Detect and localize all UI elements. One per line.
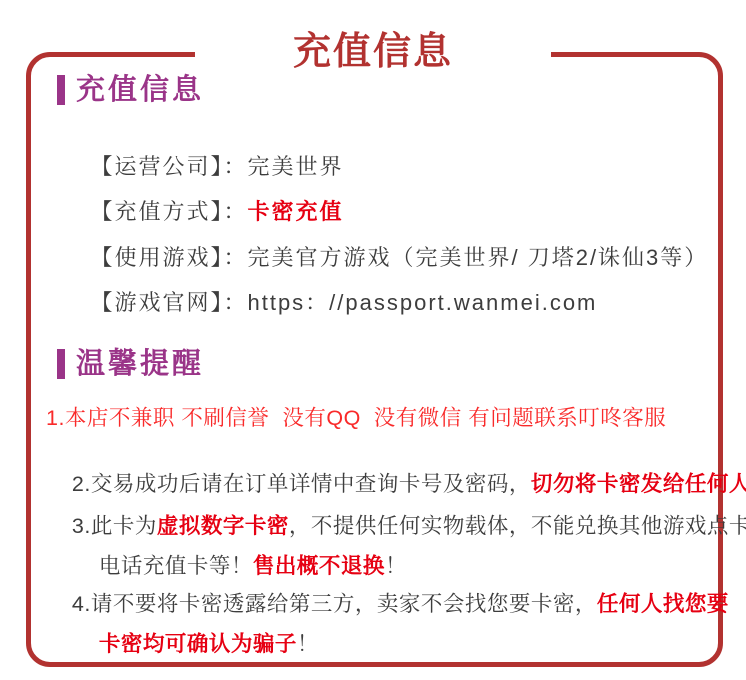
- page-title: 充值信息: [195, 29, 551, 75]
- heading-bar-icon: [57, 75, 65, 105]
- section-heading-label: 充值信息: [76, 74, 204, 106]
- section-heading-label: 温馨提醒: [76, 348, 204, 380]
- info-label: 【游戏官网】: [90, 290, 223, 315]
- recharge-info-section-heading: 充值信息: [57, 74, 204, 106]
- reminder-section-heading: 温馨提醒: [57, 348, 204, 380]
- heading-bar-icon: [57, 349, 65, 379]
- note-warning-text: 卡密均可确认为骗子: [99, 632, 297, 656]
- reminder-note-1: 1.本店不兼职 不刷信誉 没有QQ 没有微信 有问题联系叮咚客服: [46, 406, 666, 431]
- info-item-official-site: 【游戏官网】：https：//passport.wanmei.com: [58, 264, 597, 342]
- info-separator: ：: [223, 290, 247, 315]
- recharge-info-page: 充值信息 充值信息 【运营公司】：完美世界 【充值方式】：卡密充值 【使用游戏】…: [0, 0, 746, 680]
- note-warning-text: 任何人找您要: [597, 592, 729, 616]
- note-text: ！: [297, 632, 319, 656]
- info-value-url: https：//passport.wanmei.com: [247, 290, 597, 315]
- reminder-note-4-line-2: 卡密均可确认为骗子！: [73, 607, 319, 680]
